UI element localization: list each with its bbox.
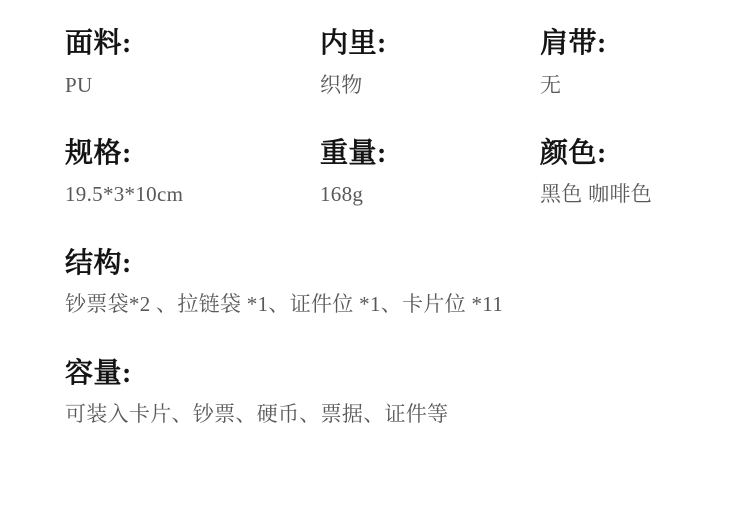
spec-label-structure: 结构: xyxy=(65,247,710,281)
spec-item-shoulder-strap: 肩带: 无 xyxy=(540,27,710,98)
spec-item-weight: 重量: 168g xyxy=(320,137,540,208)
product-spec-sheet: 面料: PU 内里: 织物 肩带: 无 规格: 19.5*3*10cm 重量: … xyxy=(0,0,750,531)
spec-label-material: 面料: xyxy=(65,27,320,61)
spec-value-lining: 织物 xyxy=(320,72,540,98)
spec-item-color: 颜色: 黑色 咖啡色 xyxy=(540,137,710,208)
spec-value-weight: 168g xyxy=(320,181,540,207)
spec-item-structure: 结构: 钞票袋*2 、拉链袋 *1、证件位 *1、卡片位 *11 xyxy=(65,247,710,318)
spec-item-lining: 内里: 织物 xyxy=(320,27,540,98)
spec-label-shoulder-strap: 肩带: xyxy=(540,27,710,61)
spec-value-color: 黑色 咖啡色 xyxy=(540,181,710,207)
spec-value-dimensions: 19.5*3*10cm xyxy=(65,181,320,207)
spec-label-weight: 重量: xyxy=(320,137,540,171)
spec-row-2: 规格: 19.5*3*10cm 重量: 168g 颜色: 黑色 咖啡色 xyxy=(65,137,710,208)
spec-item-material: 面料: PU xyxy=(65,27,320,98)
spec-label-lining: 内里: xyxy=(320,27,540,61)
spec-label-color: 颜色: xyxy=(540,137,710,171)
spec-item-dimensions: 规格: 19.5*3*10cm xyxy=(65,137,320,208)
spec-value-structure: 钞票袋*2 、拉链袋 *1、证件位 *1、卡片位 *11 xyxy=(65,291,710,317)
spec-item-capacity: 容量: 可装入卡片、钞票、硬币、票据、证件等 xyxy=(65,357,710,428)
spec-value-capacity: 可装入卡片、钞票、硬币、票据、证件等 xyxy=(65,401,710,427)
spec-value-shoulder-strap: 无 xyxy=(540,72,710,98)
spec-row-1: 面料: PU 内里: 织物 肩带: 无 xyxy=(65,27,710,98)
spec-value-material: PU xyxy=(65,72,320,98)
spec-label-dimensions: 规格: xyxy=(65,137,320,171)
spec-label-capacity: 容量: xyxy=(65,357,710,391)
